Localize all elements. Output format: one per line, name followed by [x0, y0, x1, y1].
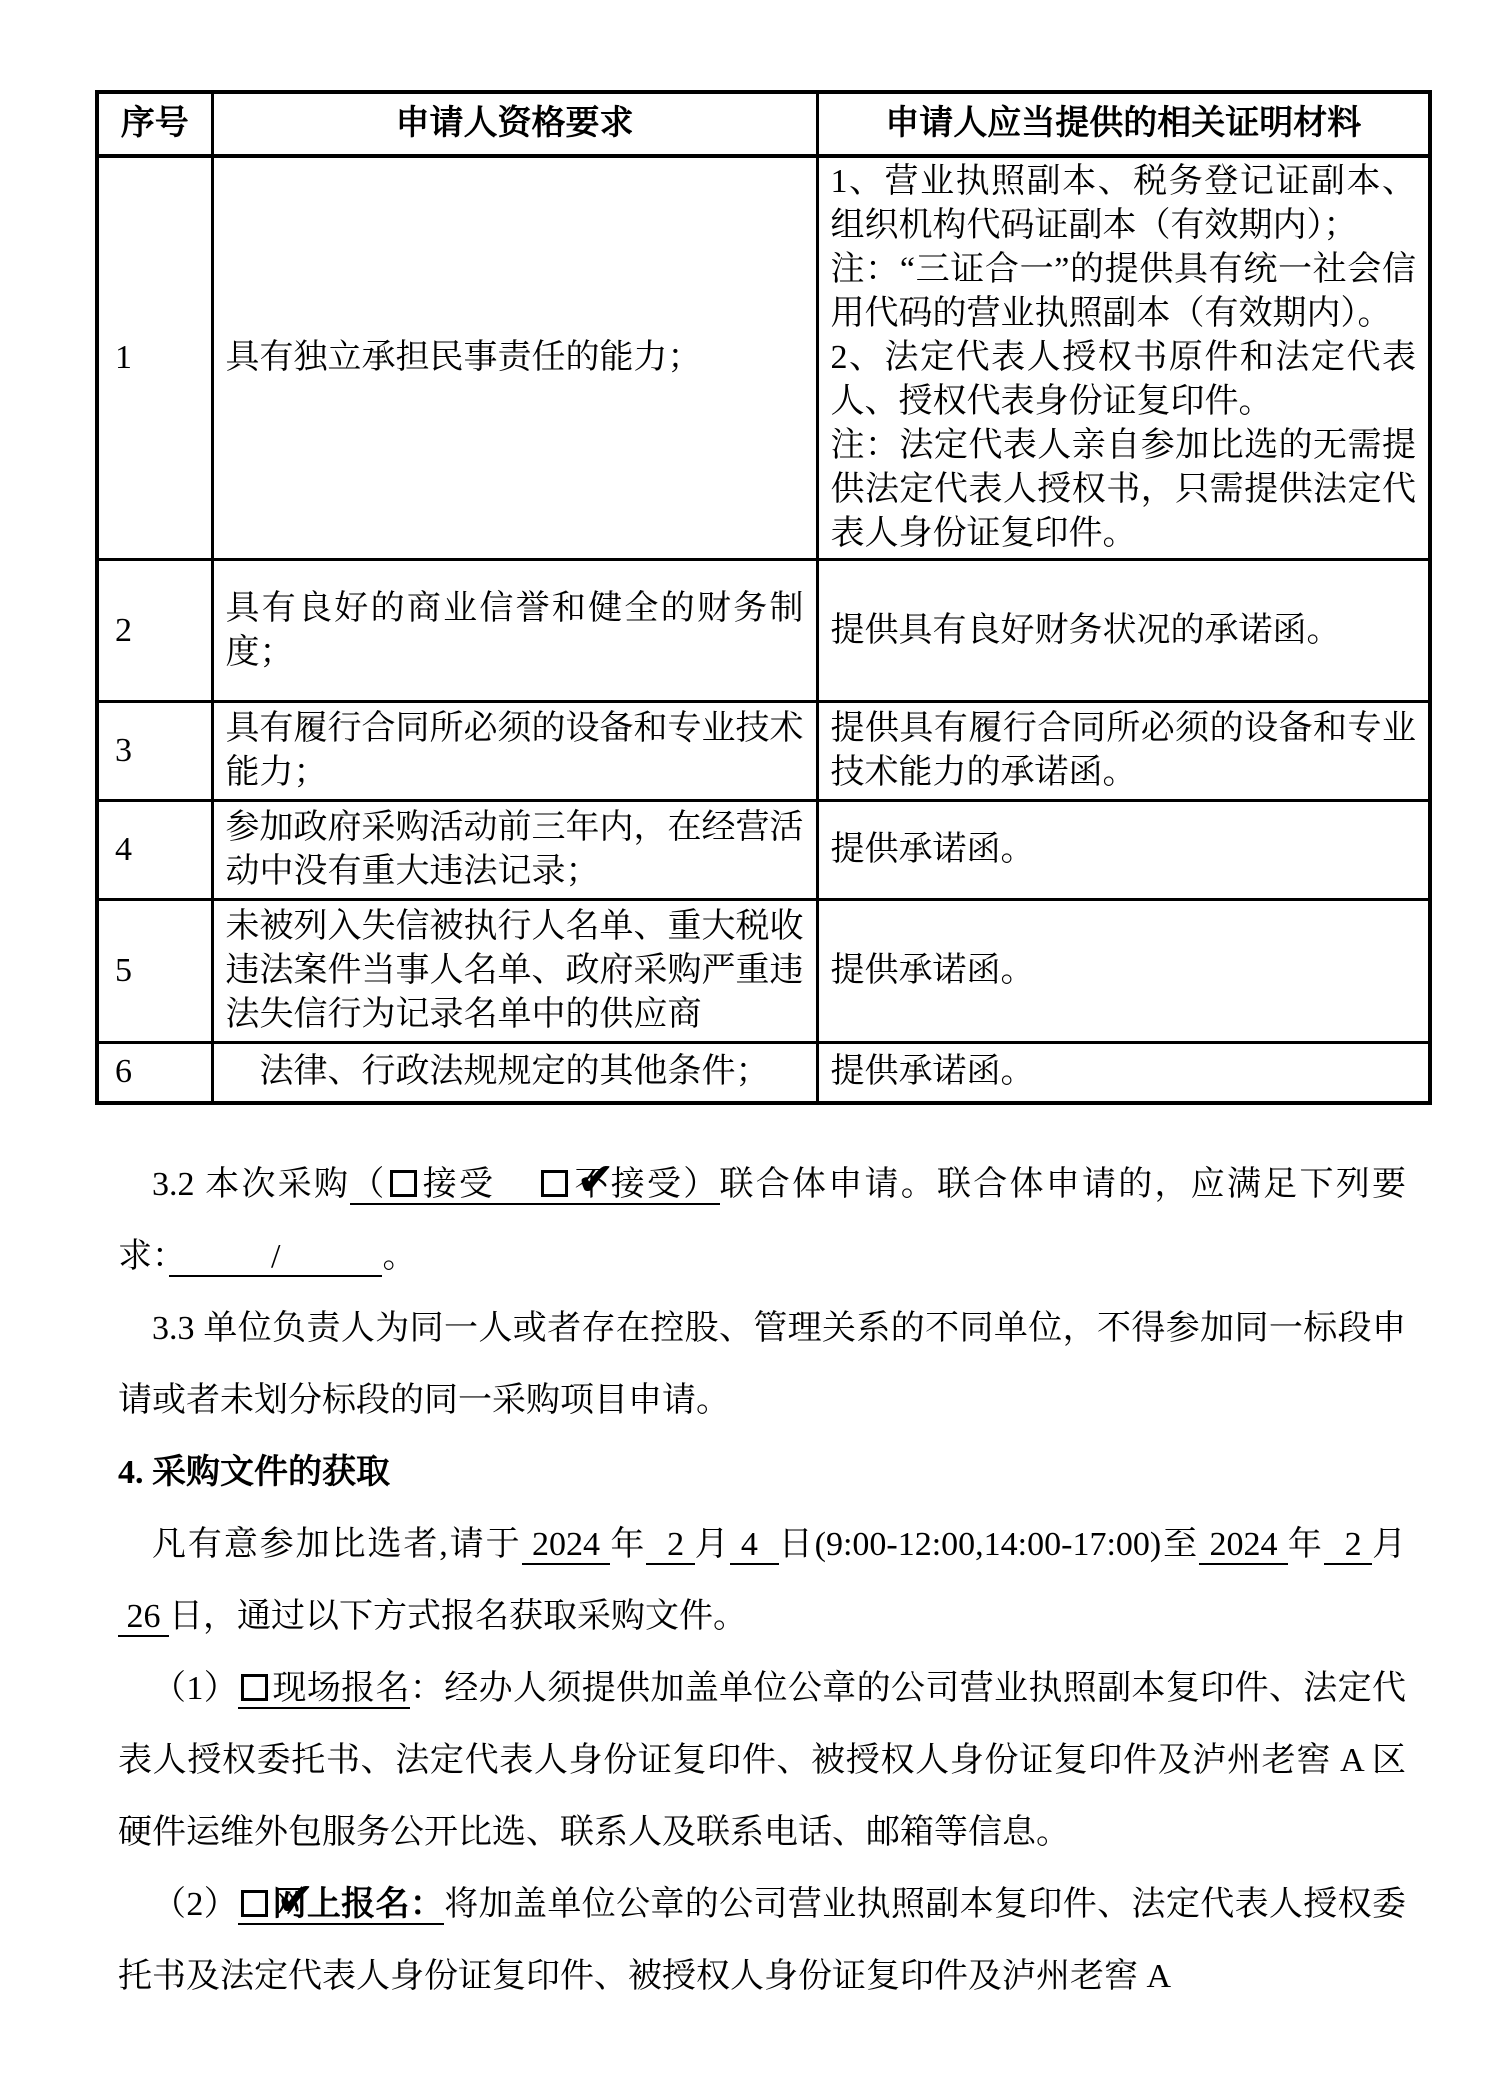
option-1-onsite: （1）现场报名：经办人须提供加盖单位公章的公司营业执照副本复印件、法定代表人授权… — [118, 1653, 1406, 1869]
cell-index: 1 — [97, 156, 212, 560]
cell-materials: 提供承诺函。 — [817, 1043, 1430, 1103]
cell-requirement: 参加政府采购活动前三年内，在经营活动中没有重大违法记录； — [212, 801, 817, 900]
table-row: 6 法律、行政法规规定的其他条件； 提供承诺函。 — [97, 1043, 1430, 1103]
table-row: 3 具有履行合同所必须的设备和专业技术能力； 提供具有履行合同所必须的设备和专业… — [97, 702, 1430, 801]
clause-3-3: 3.3 单位负责人为同一人或者存在控股、管理关系的不同单位，不得参加同一标段申请… — [118, 1293, 1406, 1437]
table-row: 1 具有独立承担民事责任的能力； 1、营业执照副本、税务登记证副本、组织机构代码… — [97, 156, 1430, 560]
checkbox-unchecked-icon — [390, 1170, 417, 1197]
cell-requirement: 具有独立承担民事责任的能力； — [212, 156, 817, 560]
cell-materials: 提供承诺函。 — [817, 801, 1430, 900]
option-2-online: （2）网上报名：将加盖单位公章的公司营业执照副本复印件、法定代表人授权委托书及法… — [118, 1869, 1406, 2013]
blank-year: 2024 — [522, 1526, 611, 1565]
acquisition-paragraph: 凡有意参加比选者,请于 2024 年 2 月 4 日(9:00-12:00,14… — [118, 1509, 1406, 1653]
option-1-colon: ： — [410, 1670, 444, 1707]
acquisition-text: 凡有意参加比选者,请于 — [152, 1526, 522, 1563]
blank-field: / — [169, 1238, 382, 1277]
body-text: 3.2 本次采购（接受不接受）联合体申请。联合体申请的，应满足下列要求： / 。… — [118, 1149, 1406, 2013]
cell-materials: 提供具有履行合同所必须的设备和专业技术能力的承诺函。 — [817, 702, 1430, 801]
checkbox-unchecked-icon — [241, 1674, 268, 1701]
cell-requirement: 法律、行政法规规定的其他条件； — [212, 1043, 817, 1103]
acquisition-text: 年 — [610, 1526, 646, 1563]
online-registration-label: 网上报名： — [238, 1886, 444, 1925]
period: 。 — [382, 1238, 416, 1275]
cell-index: 2 — [97, 560, 212, 702]
table-row: 4 参加政府采购活动前三年内，在经营活动中没有重大违法记录； 提供承诺函。 — [97, 801, 1430, 900]
cell-requirement: 具有良好的商业信誉和健全的财务制度； — [212, 560, 817, 702]
acquisition-text: 日(9:00-12:00,14:00-17:00)至 — [779, 1526, 1199, 1563]
clause-3-2: 3.2 本次采购（接受不接受）联合体申请。联合体申请的，应满足下列要求： / 。 — [118, 1149, 1406, 1293]
qualification-table: 序号 申请人资格要求 申请人应当提供的相关证明材料 1 具有独立承担民事责任的能… — [95, 90, 1432, 1105]
col-header-requirements: 申请人资格要求 — [212, 92, 817, 156]
col-header-materials: 申请人应当提供的相关证明材料 — [817, 92, 1430, 156]
table-row: 5 未被列入失信被执行人名单、重大税收违法案件当事人名单、政府采购严重违法失信行… — [97, 900, 1430, 1043]
col-header-index: 序号 — [97, 92, 212, 156]
cell-index: 6 — [97, 1043, 212, 1103]
cell-materials: 1、营业执照副本、税务登记证副本、组织机构代码证副本（有效期内）； 注：“三证合… — [817, 156, 1430, 560]
cell-materials: 提供具有良好财务状况的承诺函。 — [817, 560, 1430, 702]
cell-materials: 提供承诺函。 — [817, 900, 1430, 1043]
section-4-title: 4. 采购文件的获取 — [118, 1437, 1406, 1509]
accept-label: 接受 — [421, 1166, 496, 1203]
cell-index: 3 — [97, 702, 212, 801]
table-header-row: 序号 申请人资格要求 申请人应当提供的相关证明材料 — [97, 92, 1430, 156]
cell-index: 5 — [97, 900, 212, 1043]
option-2-prefix: （2） — [152, 1886, 238, 1923]
checkbox-checked-icon — [541, 1170, 568, 1197]
cell-requirement: 具有履行合同所必须的设备和专业技术能力； — [212, 702, 817, 801]
acquisition-text: 年 — [1288, 1526, 1324, 1563]
table-row: 2 具有良好的商业信誉和健全的财务制度； 提供具有良好财务状况的承诺函。 — [97, 560, 1430, 702]
blank-year: 2024 — [1199, 1526, 1288, 1565]
acquisition-text: 月 — [1372, 1526, 1406, 1563]
blank-month: 2 — [1324, 1526, 1372, 1565]
acquisition-text: 日，通过以下方式报名获取采购文件。 — [169, 1598, 747, 1635]
document-page: 序号 申请人资格要求 申请人应当提供的相关证明材料 1 具有独立承担民事责任的能… — [0, 0, 1500, 2092]
paren-close: ） — [683, 1166, 719, 1203]
blank-month: 2 — [646, 1526, 694, 1565]
blank-day: 26 — [118, 1598, 169, 1637]
option-1-label: 现场报名 — [272, 1670, 410, 1707]
paren-open: （ — [350, 1166, 386, 1203]
checkbox-checked-icon — [241, 1890, 268, 1917]
onsite-registration-label: 现场报名 — [238, 1670, 410, 1709]
joint-bid-choice: （接受不接受） — [350, 1166, 719, 1205]
cell-requirement: 未被列入失信被执行人名单、重大税收违法案件当事人名单、政府采购严重违法失信行为记… — [212, 900, 817, 1043]
option-1-prefix: （1） — [152, 1670, 238, 1707]
blank-day: 4 — [730, 1526, 778, 1565]
acquisition-text: 月 — [695, 1526, 731, 1563]
clause-3-2-lead: 3.2 本次采购 — [152, 1166, 350, 1203]
cell-index: 4 — [97, 801, 212, 900]
